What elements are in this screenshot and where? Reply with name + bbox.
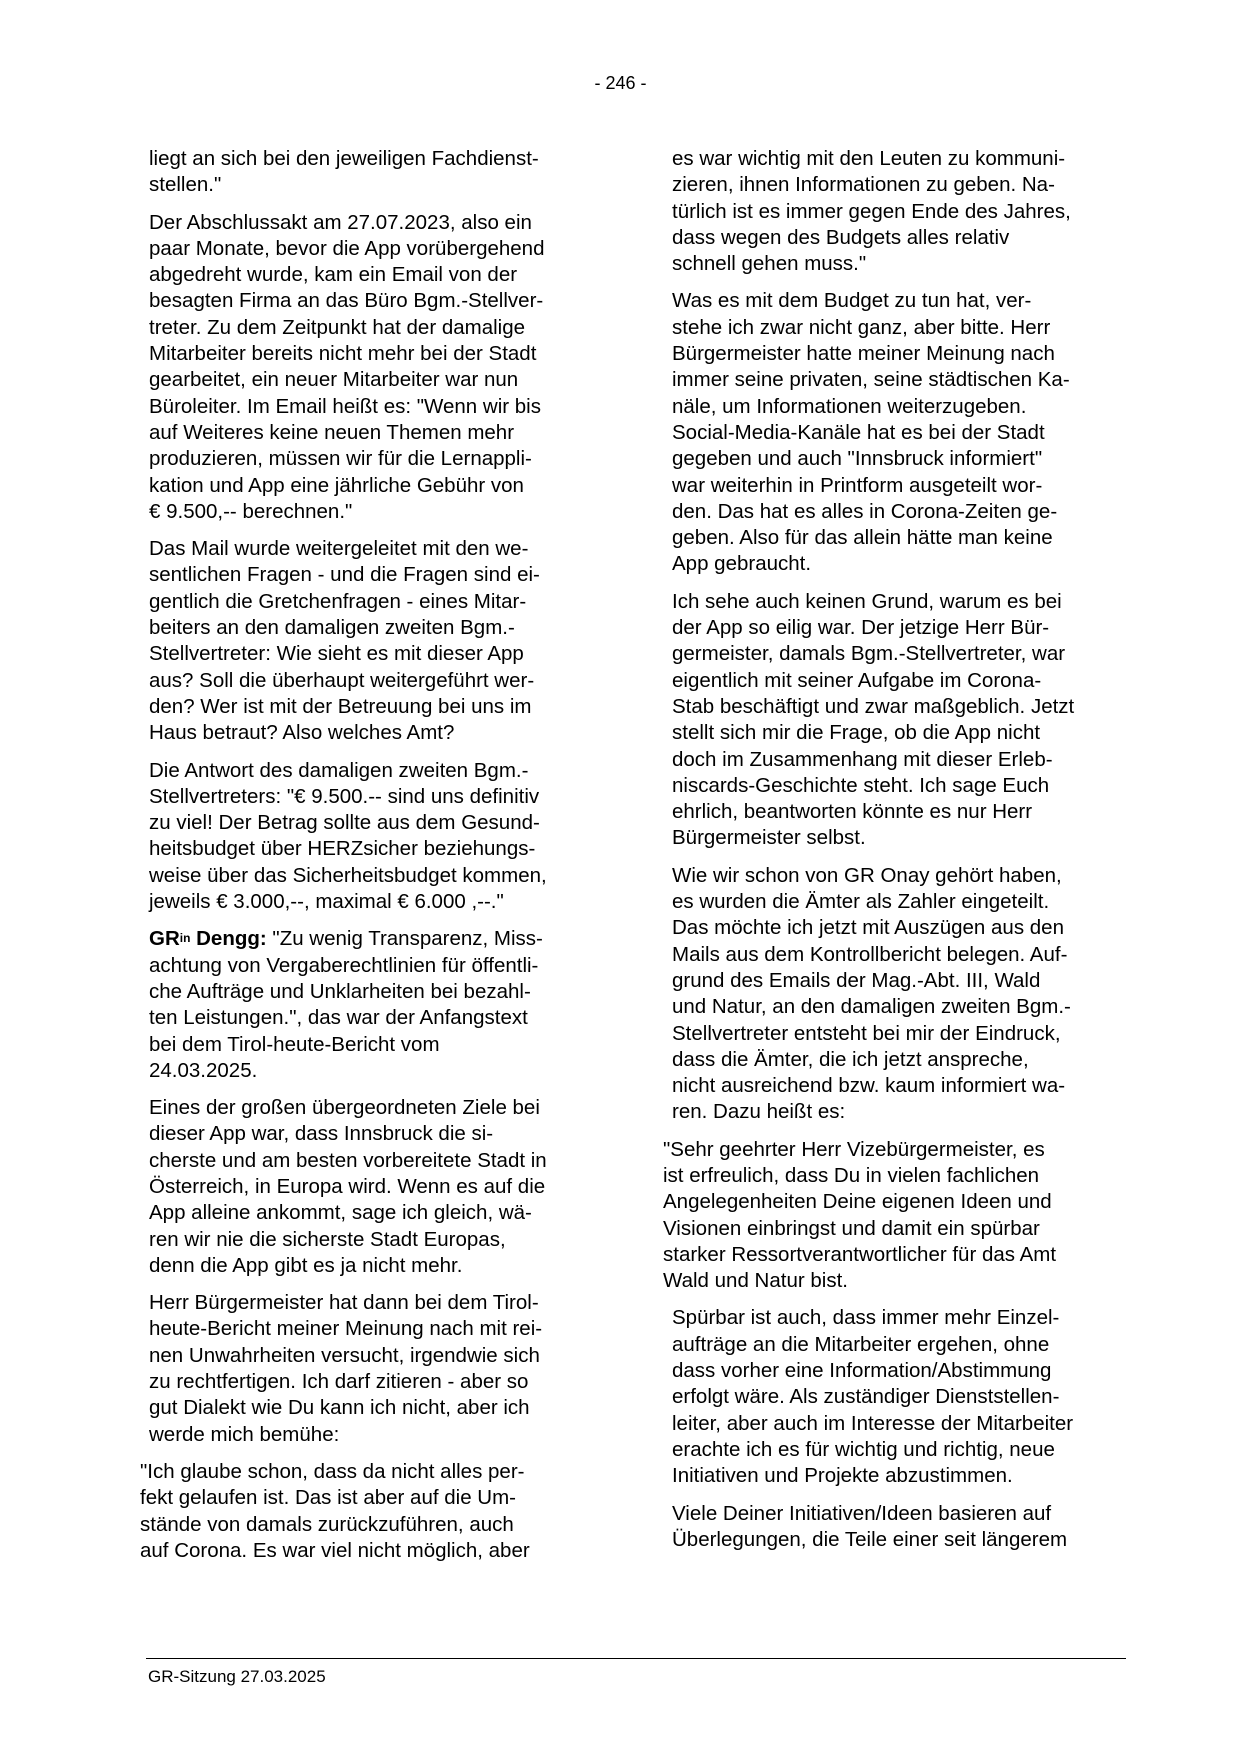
text-line: den. Das hat es alles in Corona-Zeiten g… bbox=[672, 499, 1134, 525]
text-line: der App so eilig war. Der jetzige Herr B… bbox=[672, 615, 1134, 641]
text-line: abgedreht wurde, kam ein Email von der bbox=[149, 262, 609, 288]
paragraph: Was es mit dem Budget zu tun hat, ver-st… bbox=[672, 288, 1134, 577]
text-line: gut Dialekt wie Du kann ich nicht, aber … bbox=[149, 1395, 609, 1421]
text-line: € 9.500,-- berechnen." bbox=[149, 499, 609, 525]
text-line: Social-Media-Kanäle hat es bei der Stadt bbox=[672, 420, 1134, 446]
text-line: weise über das Sicherheitsbudget kommen, bbox=[149, 863, 609, 889]
text-line: nicht ausreichend bzw. kaum informiert w… bbox=[672, 1073, 1134, 1099]
text-line: stellt sich mir die Frage, ob die App ni… bbox=[672, 720, 1134, 746]
text-line: Spürbar ist auch, dass immer mehr Einzel… bbox=[672, 1305, 1134, 1331]
text-line: Stellvertreter entsteht bei mir der Eind… bbox=[672, 1021, 1134, 1047]
text-line: Ich sehe auch keinen Grund, warum es bei bbox=[672, 589, 1134, 615]
paragraph: Wie wir schon von GR Onay gehört haben,e… bbox=[672, 863, 1134, 1126]
text-line: "Ich glaube schon, dass da nicht alles p… bbox=[148, 1459, 609, 1485]
paragraph: Herr Bürgermeister hat dann bei dem Tiro… bbox=[149, 1290, 609, 1448]
text-line: achtung von Vergaberechtlinien für öffen… bbox=[149, 953, 609, 979]
text-line: produzieren, müssen wir für die Lernappl… bbox=[149, 446, 609, 472]
text-line: Was es mit dem Budget zu tun hat, ver- bbox=[672, 288, 1134, 314]
text-line: Initiativen und Projekte abzustimmen. bbox=[672, 1463, 1134, 1489]
text-line: leiter, aber auch im Interesse der Mitar… bbox=[672, 1411, 1134, 1437]
text-line: Wald und Natur bist. bbox=[671, 1268, 1134, 1294]
text-line: nen Unwahrheiten versucht, irgendwie sic… bbox=[149, 1343, 609, 1369]
text-line: heute-Bericht meiner Meinung nach mit re… bbox=[149, 1316, 609, 1342]
text-line: es wurden die Ämter als Zahler eingeteil… bbox=[672, 889, 1134, 915]
text-line: zu rechtfertigen. Ich darf zitieren - ab… bbox=[149, 1369, 609, 1395]
text-line: gentlich die Gretchenfragen - eines Mita… bbox=[149, 589, 609, 615]
text-line: Der Abschlussakt am 27.07.2023, also ein bbox=[149, 210, 609, 236]
text-line: den? Wer ist mit der Betreuung bei uns i… bbox=[149, 694, 609, 720]
text-line: auf Corona. Es war viel nicht möglich, a… bbox=[148, 1538, 609, 1564]
text-line: ten Leistungen.", das war der Anfangstex… bbox=[149, 1005, 609, 1031]
text-line: 24.03.2025. bbox=[149, 1058, 609, 1084]
text-line: sentlichen Fragen - und die Fragen sind … bbox=[149, 562, 609, 588]
text-line: Viele Deiner Initiativen/Ideen basieren … bbox=[672, 1501, 1134, 1527]
text-line: Überlegungen, die Teile einer seit länge… bbox=[672, 1527, 1134, 1553]
text-line: liegt an sich bei den jeweiligen Fachdie… bbox=[149, 146, 609, 172]
paragraph: Eines der großen übergeordneten Ziele be… bbox=[149, 1095, 609, 1279]
left-column: liegt an sich bei den jeweiligen Fachdie… bbox=[149, 146, 609, 1575]
paragraph: Das Mail wurde weitergeleitet mit den we… bbox=[149, 536, 609, 746]
text-line: "Sehr geehrter Herr Vizebürgermeister, e… bbox=[671, 1137, 1134, 1163]
text-line: dass vorher eine Information/Abstimmung bbox=[672, 1358, 1134, 1384]
text-line: Wie wir schon von GR Onay gehört haben, bbox=[672, 863, 1134, 889]
text-line: Österreich, in Europa wird. Wenn es auf … bbox=[149, 1174, 609, 1200]
text-line: stände von damals zurückzuführen, auch bbox=[148, 1512, 609, 1538]
right-column: es war wichtig mit den Leuten zu kommuni… bbox=[672, 146, 1134, 1564]
text-line: bei dem Tirol-heute-Bericht vom bbox=[149, 1032, 609, 1058]
text-line: fekt gelaufen ist. Das ist aber auf die … bbox=[148, 1485, 609, 1511]
text-line: doch im Zusammenhang mit dieser Erleb- bbox=[672, 747, 1134, 773]
text-line: war weiterhin in Printform ausgeteilt wo… bbox=[672, 473, 1134, 499]
speaker-paragraph: GRin Dengg: "Zu wenig Transparenz, Miss-… bbox=[149, 926, 609, 1084]
text-line: niscards-Geschichte steht. Ich sage Euch bbox=[672, 773, 1134, 799]
text-line: Haus betraut? Also welches Amt? bbox=[149, 720, 609, 746]
text-line: paar Monate, bevor die App vorübergehend bbox=[149, 236, 609, 262]
text-line: aus? Soll die überhaupt weitergeführt we… bbox=[149, 668, 609, 694]
text-line: germeister, damals Bgm.-Stellvertreter, … bbox=[672, 641, 1134, 667]
text-line: türlich ist es immer gegen Ende des Jahr… bbox=[672, 199, 1134, 225]
text-line: schnell gehen muss." bbox=[672, 251, 1134, 277]
text-line: besagten Firma an das Büro Bgm.-Stellver… bbox=[149, 288, 609, 314]
text-line: kation und App eine jährliche Gebühr von bbox=[149, 473, 609, 499]
text-line: che Aufträge und Unklarheiten bei bezahl… bbox=[149, 979, 609, 1005]
text-line: treter. Zu dem Zeitpunkt hat der damalig… bbox=[149, 315, 609, 341]
text-line: zu viel! Der Betrag sollte aus dem Gesun… bbox=[149, 810, 609, 836]
footer-divider bbox=[146, 1658, 1126, 1659]
paragraph: Viele Deiner Initiativen/Ideen basieren … bbox=[672, 1501, 1134, 1554]
text-line: gegeben und auch "Innsbruck informiert" bbox=[672, 446, 1134, 472]
text-line: Das Mail wurde weitergeleitet mit den we… bbox=[149, 536, 609, 562]
text-line: Die Antwort des damaligen zweiten Bgm.- bbox=[149, 758, 609, 784]
speaker-title: GR bbox=[149, 927, 180, 950]
text-line: Visionen einbringst und damit ein spürba… bbox=[671, 1216, 1134, 1242]
text-line: erachte ich es für wichtig und richtig, … bbox=[672, 1437, 1134, 1463]
text-line: es war wichtig mit den Leuten zu kommuni… bbox=[672, 146, 1134, 172]
text-line: immer seine privaten, seine städtischen … bbox=[672, 367, 1134, 393]
text-line: auf Weiteres keine neuen Themen mehr bbox=[149, 420, 609, 446]
speaker-label: GRin Dengg: bbox=[149, 927, 267, 950]
text-line: ren wir nie die sicherste Stadt Europas, bbox=[149, 1227, 609, 1253]
text-line: zieren, ihnen Informationen zu geben. Na… bbox=[672, 172, 1134, 198]
text-line: cherste und am besten vorbereitete Stadt… bbox=[149, 1148, 609, 1174]
text-line: dass wegen des Budgets alles relativ bbox=[672, 225, 1134, 251]
paragraph: Spürbar ist auch, dass immer mehr Einzel… bbox=[672, 1305, 1134, 1489]
text-line: eigentlich mit seiner Aufgabe im Corona- bbox=[672, 668, 1134, 694]
text-line: heitsbudget über HERZsicher beziehungs- bbox=[149, 836, 609, 862]
text-line: ist erfreulich, dass Du in vielen fachli… bbox=[671, 1163, 1134, 1189]
text-line: grund des Emails der Mag.-Abt. III, Wald bbox=[672, 968, 1134, 994]
text-line: Büroleiter. Im Email heißt es: "Wenn wir… bbox=[149, 394, 609, 420]
footer-session-label: GR-Sitzung 27.03.2025 bbox=[148, 1667, 326, 1687]
text-line: App alleine ankommt, sage ich gleich, wä… bbox=[149, 1200, 609, 1226]
text-line: Eines der großen übergeordneten Ziele be… bbox=[149, 1095, 609, 1121]
text-line: stehe ich zwar nicht ganz, aber bitte. H… bbox=[672, 315, 1134, 341]
speaker-title-suffix: in bbox=[180, 931, 191, 945]
text-line: gearbeitet, ein neuer Mitarbeiter war nu… bbox=[149, 367, 609, 393]
page-number: - 246 - bbox=[0, 72, 1241, 94]
speaker-name: Dengg: bbox=[190, 927, 266, 950]
text-line: Angelegenheiten Deine eigenen Ideen und bbox=[671, 1189, 1134, 1215]
text-line: Mitarbeiter bereits nicht mehr bei der S… bbox=[149, 341, 609, 367]
text-line: dieser App war, dass Innsbruck die si- bbox=[149, 1121, 609, 1147]
quoted-paragraph: "Sehr geehrter Herr Vizebürgermeister, e… bbox=[671, 1137, 1134, 1295]
paragraph: es war wichtig mit den Leuten zu kommuni… bbox=[672, 146, 1134, 277]
text-line: ren. Dazu heißt es: bbox=[672, 1099, 1134, 1125]
paragraph: liegt an sich bei den jeweiligen Fachdie… bbox=[149, 146, 609, 199]
text-line: Stellvertreters: "€ 9.500.-- sind uns de… bbox=[149, 784, 609, 810]
quoted-paragraph: "Ich glaube schon, dass da nicht alles p… bbox=[148, 1459, 609, 1564]
text-line: jeweils € 3.000,--, maximal € 6.000 ,--.… bbox=[149, 889, 609, 915]
text-line: Stellvertreter: Wie sieht es mit dieser … bbox=[149, 641, 609, 667]
text-line: werde mich bemühe: bbox=[149, 1422, 609, 1448]
text-line: Herr Bürgermeister hat dann bei dem Tiro… bbox=[149, 1290, 609, 1316]
text-line: aufträge an die Mitarbeiter ergehen, ohn… bbox=[672, 1332, 1134, 1358]
text-line: Stab beschäftigt und zwar maßgeblich. Je… bbox=[672, 694, 1134, 720]
text-line: ehrlich, beantworten könnte es nur Herr bbox=[672, 799, 1134, 825]
text-line: denn die App gibt es ja nicht mehr. bbox=[149, 1253, 609, 1279]
text-line: beiters an den damaligen zweiten Bgm.- bbox=[149, 615, 609, 641]
text-line: geben. Also für das allein hätte man kei… bbox=[672, 525, 1134, 551]
text-line: Bürgermeister hatte meiner Meinung nach bbox=[672, 341, 1134, 367]
text-line: stellen." bbox=[149, 172, 609, 198]
text-line: Bürgermeister selbst. bbox=[672, 825, 1134, 851]
text-line: starker Ressortverantwortlicher für das … bbox=[671, 1242, 1134, 1268]
paragraph: Der Abschlussakt am 27.07.2023, also ein… bbox=[149, 210, 609, 526]
paragraph: Die Antwort des damaligen zweiten Bgm.-S… bbox=[149, 758, 609, 916]
text-line: dass die Ämter, die ich jetzt anspreche, bbox=[672, 1047, 1134, 1073]
speech-text: "Zu wenig Transparenz, Miss- bbox=[267, 927, 543, 950]
text-line: näle, um Informationen weiterzugeben. bbox=[672, 394, 1134, 420]
paragraph: Ich sehe auch keinen Grund, warum es bei… bbox=[672, 589, 1134, 852]
text-line: und Natur, an den damaligen zweiten Bgm.… bbox=[672, 994, 1134, 1020]
text-line: Mails aus dem Kontrollbericht belegen. A… bbox=[672, 942, 1134, 968]
text-line: erfolgt wäre. Als zuständiger Dienststel… bbox=[672, 1384, 1134, 1410]
text-line: App gebraucht. bbox=[672, 551, 1134, 577]
speaker-line: GRin Dengg: "Zu wenig Transparenz, Miss- bbox=[149, 926, 609, 952]
text-line: Das möchte ich jetzt mit Auszügen aus de… bbox=[672, 915, 1134, 941]
